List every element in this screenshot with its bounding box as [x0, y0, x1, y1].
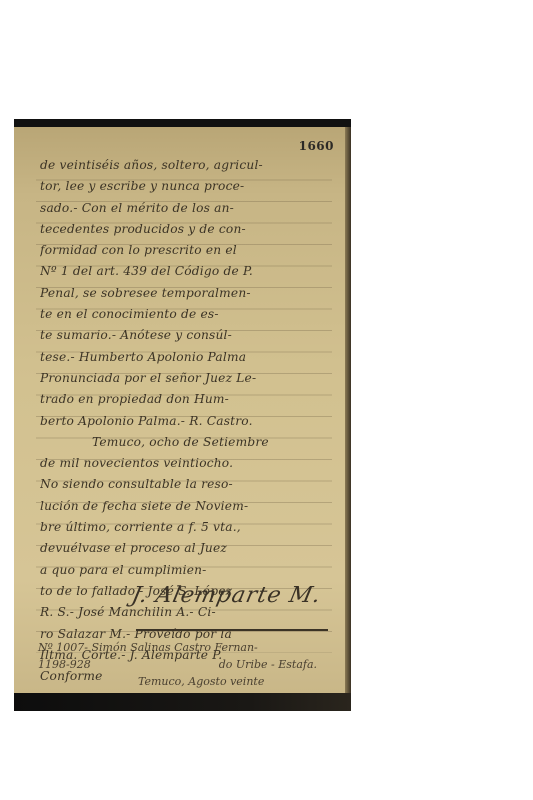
handwritten-line: devuélvase el proceso al Juez [40, 538, 335, 559]
handwritten-line: Nº 1 del art. 439 del Código de P. [40, 261, 335, 282]
note-line-2: 1198-928 do Uribe - Estafa. [38, 656, 333, 673]
note-line-2-right: do Uribe - Estafa. [219, 656, 317, 673]
ledger-page: 1660 de veintiséis años, soltero, agricu… [14, 127, 346, 693]
handwritten-line: bre último, corriente a f. 5 vta., [40, 517, 335, 538]
note-line-1: Nº 1007- Simón Salinas Castro Fernan- [38, 639, 333, 656]
handwritten-line: formidad con lo prescrito en el [40, 240, 335, 261]
handwritten-line: Penal, se sobresee temporalmen- [40, 283, 335, 304]
marginal-note: Nº 1007- Simón Salinas Castro Fernan- 11… [38, 639, 333, 690]
handwritten-line: berto Apolonio Palma.- R. Castro. [40, 411, 335, 432]
handwritten-line: te sumario.- Anótese y consúl- [40, 325, 335, 346]
scan-bottom-border [14, 693, 351, 711]
folio-number: 1660 [299, 139, 334, 153]
note-line-3: Temuco, Agosto veinte [38, 673, 333, 690]
handwritten-line: tecedentes producidos y de con- [40, 219, 335, 240]
handwritten-line: de mil novecientos veintiocho. [40, 453, 335, 474]
case-number: 1198-928 [38, 656, 91, 673]
handwritten-line: tese.- Humberto Apolonio Palma [40, 347, 335, 368]
handwritten-line: Pronunciada por el señor Juez Le- [40, 368, 335, 389]
handwritten-line: de veintiséis años, soltero, agricul- [40, 155, 335, 176]
signature: J. Alemparte M. [129, 583, 323, 608]
page-edge [345, 127, 351, 693]
handwritten-line: te en el conocimiento de es- [40, 304, 335, 325]
handwritten-line: No siendo consultable la reso- [40, 474, 335, 495]
document-scan: 1660 de veintiséis años, soltero, agricu… [14, 119, 351, 711]
handwritten-line: sado.- Con el mérito de los an- [40, 198, 335, 219]
handwritten-line: trado en propiedad don Hum- [40, 389, 335, 410]
handwritten-line: lución de fecha siete de Noviem- [40, 496, 335, 517]
handwritten-line: Temuco, ocho de Setiembre [40, 432, 335, 453]
signature-underline [136, 629, 328, 631]
handwritten-line: a quo para el cumplimien- [40, 560, 335, 581]
handwritten-line: tor, lee y escribe y nunca proce- [40, 176, 335, 197]
